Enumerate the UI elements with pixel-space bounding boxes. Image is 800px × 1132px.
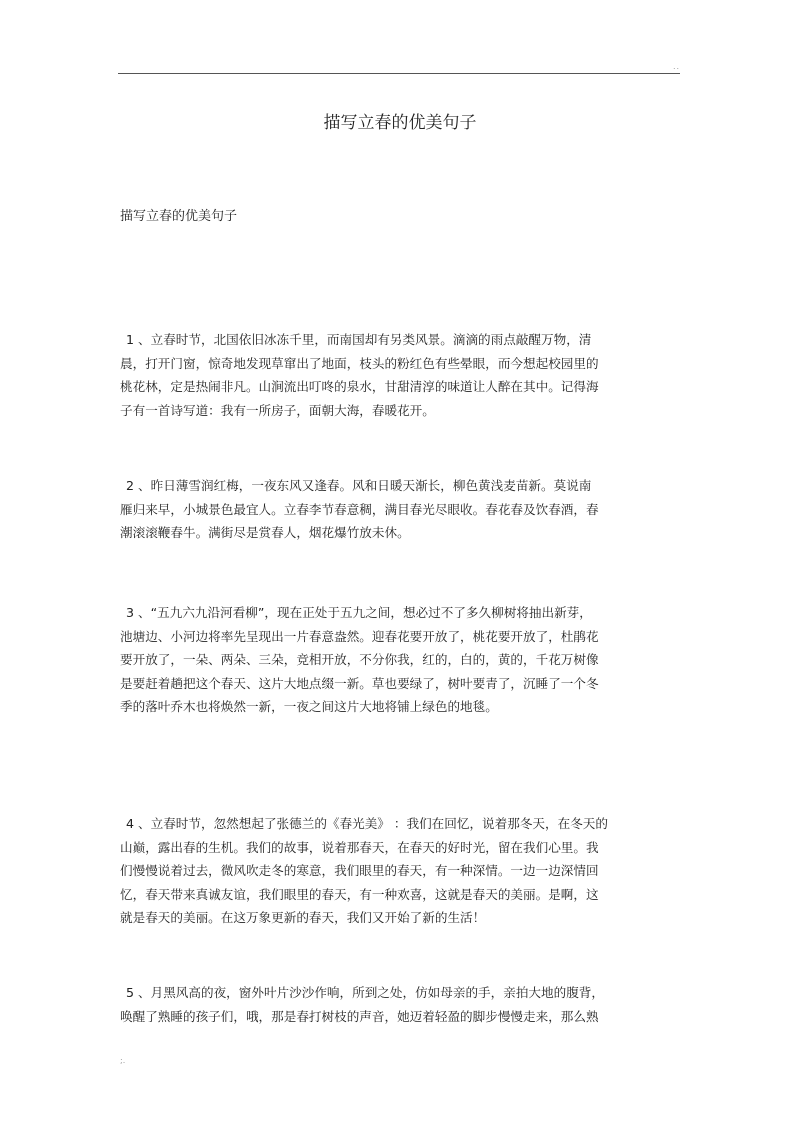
paragraph-2: 2 、昨日薄雪润红梅，一夜东风又逢春。风和日暖天渐长，柳色黄浅麦苗新。莫说南 雁… xyxy=(120,474,660,545)
paragraph-1: 1 、立春时节，北国依旧冰冻千里，而南国却有另类风景。滴滴的雨点敲醒万物，清 晨… xyxy=(120,328,660,422)
paragraph-line: 3 、“五九六九沿河看柳”，现在正处于五九之间，想必过不了多久柳树将抽出新芽， xyxy=(120,601,660,625)
paragraph-line: 4 、立春时节，忽然想起了张德兰的《春光美》 ：我们在回忆，说着那冬天，在冬天的 xyxy=(120,812,660,836)
document-title: 描写立春的优美句子 xyxy=(0,108,800,133)
document-subtitle: 描写立春的优美句子 xyxy=(120,205,237,224)
paragraph-line: 池塘边、小河边将率先呈现出一片春意盎然。迎春花要开放了，桃花要开放了，杜鹃花 xyxy=(120,625,660,649)
paragraph-line: 们慢慢说着过去，微风吹走冬的寒意，我们眼里的春天，有一种深情。一边一边深情回 xyxy=(120,859,660,883)
paragraph-4: 4 、立春时节，忽然想起了张德兰的《春光美》 ：我们在回忆，说着那冬天，在冬天的… xyxy=(120,812,660,930)
paragraph-line: 就是春天的美丽。在这万象更新的春天，我们又开始了新的生活！ xyxy=(120,906,660,930)
paragraph-line: 桃花林，定是热闹非凡。山涧流出叮咚的泉水，甘甜清淳的味道让人醉在其中。记得海 xyxy=(120,375,660,399)
paragraph-line: 1 、立春时节，北国依旧冰冻千里，而南国却有另类风景。滴滴的雨点敲醒万物，清 xyxy=(120,328,660,352)
header-rule xyxy=(118,73,680,74)
paragraph-line: 季的落叶乔木也将焕然一新，一夜之间这片大地将铺上绿色的地毯。 xyxy=(120,695,660,719)
paragraph-line: 是要赶着趟把这个春天、这片大地点缀一新。草也要绿了，树叶要青了，沉睡了一个冬 xyxy=(120,672,660,696)
paragraph-line: 忆，春天带来真诚友谊，我们眼里的春天，有一种欢喜，这就是春天的美丽。是啊，这 xyxy=(120,883,660,907)
paragraph-line: 唤醒了熟睡的孩子们，哦，那是春打树枝的声音，她迈着轻盈的脚步慢慢走来，那么熟 xyxy=(120,1005,660,1029)
paragraph-line: 子有一首诗写道：我有一所房子，面朝大海，春暖花开。 xyxy=(120,399,660,423)
paragraph-line: 潮滚滚鞭春牛。满街尽是赏春人，烟花爆竹放未休。 xyxy=(120,521,660,545)
paragraph-line: 要开放了，一朵、两朵、三朵，竞相开放，不分你我，红的，白的，黄的，千花万树像 xyxy=(120,648,660,672)
footer-corner-mark: ;. xyxy=(120,1056,125,1065)
paragraph-line: 晨，打开门窗，惊奇地发现草窜出了地面，枝头的粉红色有些晕眼，而今想起校园里的 xyxy=(120,352,660,376)
paragraph-line: 5 、月黑风高的夜，窗外叶片沙沙作响，所到之处，仿如母亲的手，亲拍大地的腹背， xyxy=(120,981,660,1005)
paragraph-line: 山巅，露出春的生机。我们的故事，说着那春天，在春天的好时光，留在我们心里。我 xyxy=(120,836,660,860)
paragraph-5: 5 、月黑风高的夜，窗外叶片沙沙作响，所到之处，仿如母亲的手，亲拍大地的腹背， … xyxy=(120,981,660,1028)
header-corner-mark: .. xyxy=(673,62,680,71)
paragraph-3: 3 、“五九六九沿河看柳”，现在正处于五九之间，想必过不了多久柳树将抽出新芽， … xyxy=(120,601,660,719)
paragraph-line: 2 、昨日薄雪润红梅，一夜东风又逢春。风和日暖天渐长，柳色黄浅麦苗新。莫说南 xyxy=(120,474,660,498)
paragraph-line: 雁归来早，小城景色最宜人。立春李节春意稠，满目春光尽眼收。春花春及饮春酒，春 xyxy=(120,498,660,522)
